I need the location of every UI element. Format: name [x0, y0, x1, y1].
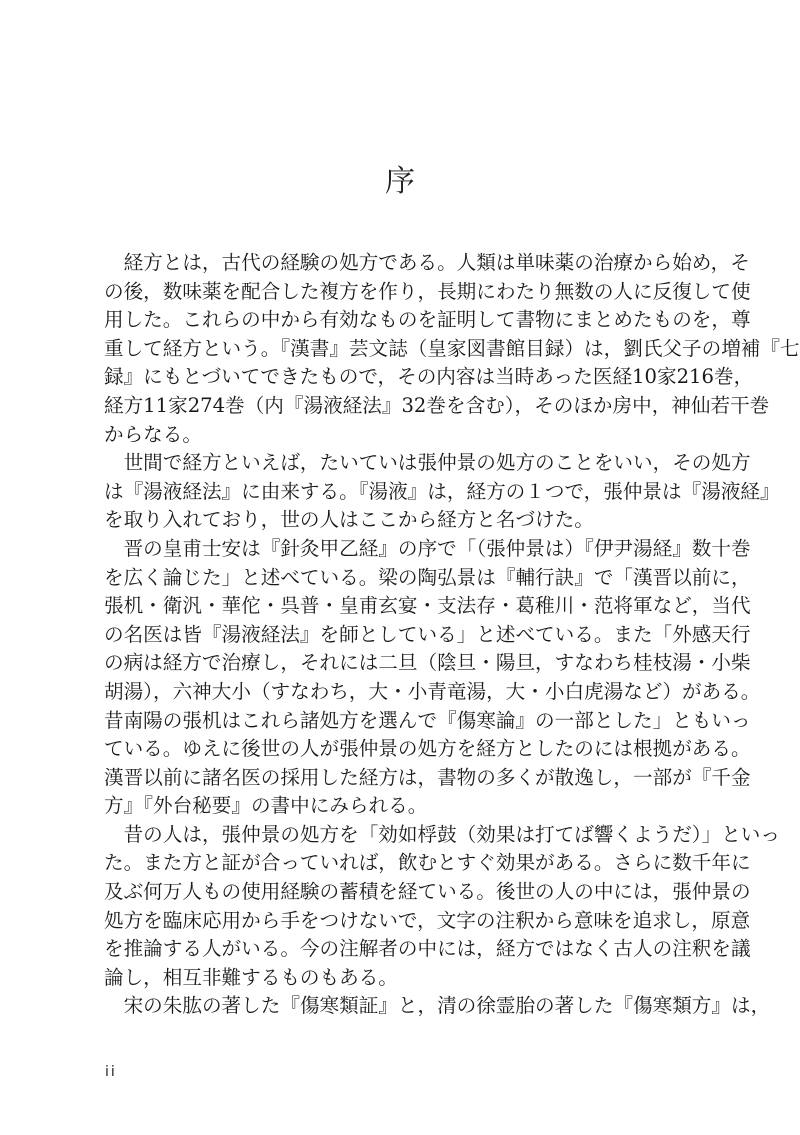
- text-line-23: 及ぶ何万人もの使用経験の蓄積を経ている。後世の人の中には，張仲景の: [104, 878, 700, 907]
- text-line-9: は『湯液経法』に由来する。『湯液』は，経方の１つで，張仲景は『湯液経』: [104, 478, 700, 507]
- text-line-21: 昔の人は，張仲景の処方を「効如桴鼓（効果は打てば響くようだ）」といっ: [104, 821, 700, 850]
- text-line-15: の病は経方で治療し，それには二旦（陰旦・陽旦，すなわち桂枝湯・小柴: [104, 649, 700, 678]
- page-number: ii: [105, 1064, 117, 1080]
- text-line-3: 用した。これらの中から有効なものを証明して書物にまとめたものを，尊: [104, 306, 700, 335]
- text-line-22: た。また方と証が合っていれば，飲むとすぐ効果がある。さらに数千年に: [104, 849, 700, 878]
- text-line-7: からなる。: [104, 421, 700, 450]
- text-line-4: 重して経方という。『漢書』芸文誌（皇家図書館目録）は，劉氏父子の増補『七: [104, 335, 700, 364]
- text-line-6: 経方11家274巻（内『湯液経法』32巻を含む），そのほか房中，神仙若干巻: [104, 392, 700, 421]
- preface-body: 経方とは，古代の経験の処方である。人類は単味薬の治療から始め，そ の後，数味薬を…: [104, 249, 700, 1021]
- text-line-14: の名医は皆『湯液経法』を師としている」と述べている。また「外感天行: [104, 621, 700, 650]
- text-line-13: 張机・衛汎・華佗・呉普・皇甫玄宴・支法存・葛稚川・范将軍など，当代: [104, 592, 700, 621]
- text-line-20: 方』『外台秘要』の書中にみられる。: [104, 792, 700, 821]
- text-line-26: 論し，相互非難するものもある。: [104, 964, 700, 993]
- text-line-27: 宋の朱肱の著した『傷寒類証』と，清の徐霊胎の著した『傷寒類方』は，: [104, 992, 700, 1021]
- text-line-1: 経方とは，古代の経験の処方である。人類は単味薬の治療から始め，そ: [104, 249, 700, 278]
- text-line-5: 録』にもとづいてできたもので，その内容は当時あった医経10家216巻，: [104, 363, 700, 392]
- text-line-17: 昔南陽の張机はこれら諸処方を選んで『傷寒論』の一部とした」ともいっ: [104, 707, 700, 736]
- text-line-12: を広く論じた」と述べている。梁の陶弘景は『輔行訣』で「漢晋以前に，: [104, 564, 700, 593]
- text-line-24: 処方を臨床応用から手をつけないで，文字の注釈から意味を追求し，原意: [104, 907, 700, 936]
- text-line-10: を取り入れており，世の人はここから経方と名づけた。: [104, 506, 700, 535]
- text-line-19: 漢晋以前に諸名医の採用した経方は，書物の多くが散逸し，一部が『千金: [104, 764, 700, 793]
- text-line-11: 晋の皇甫士安は『針灸甲乙経』の序で「（張仲景は）『伊尹湯経』数十巻: [104, 535, 700, 564]
- text-line-18: ている。ゆえに後世の人が張仲景の処方を経方としたのには根拠がある。: [104, 735, 700, 764]
- text-line-25: を推論する人がいる。今の注解者の中には，経方ではなく古人の注釈を議: [104, 935, 700, 964]
- page-title: 序: [0, 162, 800, 202]
- text-line-16: 胡湯），六神大小（すなわち，大・小青竜湯，大・小白虎湯など）がある。: [104, 678, 700, 707]
- text-line-2: の後，数味薬を配合した複方を作り，長期にわたり無数の人に反復して使: [104, 278, 700, 307]
- text-line-8: 世間で経方といえば，たいていは張仲景の処方のことをいい，その処方: [104, 449, 700, 478]
